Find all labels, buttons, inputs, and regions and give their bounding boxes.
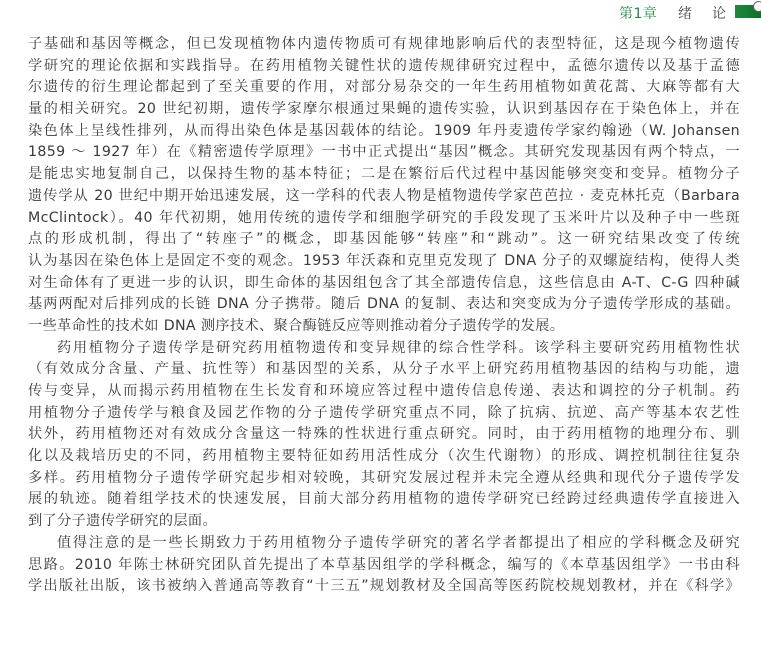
paragraph-line: 基两两配对后排列成的长链 DNA 分子携带。随后 DNA 的复制、表达和突变成为… <box>28 294 740 316</box>
paragraph-line: 展的轨迹。随着组学技术的快速发展，目前大部分药用植物的遗传学研究已经跨过经典遗传… <box>28 489 740 511</box>
paragraph-line: 尔遗传的衍生理论都起到了至关重要的作用，对部分易杂交的一年生药用植物如黄花蒿、大… <box>28 77 740 99</box>
page-header: 第1章 绪 论 <box>0 0 761 24</box>
paragraph-line: 化以及栽培历史的不同，药用植物主要特征如药用活性成分（次生代谢物）的形成、调控机… <box>28 446 740 468</box>
paragraph-line: 认为基因在染色体上是固定不变的观念。1953 年沃森和克里克发现了 DNA 分子… <box>28 251 740 273</box>
paragraph-line: 状外，药用植物还对有效成分含量这一特殊的性状进行重点研究。同时，由于药用植物的地… <box>28 424 740 446</box>
paragraph-line: 用植物分子遗传学与粮食及园艺作物的分子遗传学研究重点不同，除了抗病、抗逆、高产等… <box>28 403 740 425</box>
paragraph-line: 子基础和基因等概念，但已发现植物体内遗传物质可有规律地影响后代的表型特征，这是现… <box>28 34 740 56</box>
paragraph-line: 传与变异，从而揭示药用植物在生长发育和环境应答过程中遗传信息传递、表达和调控的分… <box>28 381 740 403</box>
paragraph-line: （有效成分含量、产量、抗性等）和基因型的关系，从分子水平上研究药用植物基因的结构… <box>28 359 740 381</box>
paragraph-line: 学研究的理论依据和实践指导。在药用植物关键性状的遗传规律研究过程中，孟德尔遗传以… <box>28 56 740 78</box>
paragraph-line: 遗传学从 20 世纪中期开始迅速发展，这一学科的代表人物是植物遗传学家芭芭拉 ·… <box>28 186 740 208</box>
paragraph-line: McClintock）。40 年代初期，她用传统的遗传学和细胞学研究的手段发现了… <box>28 208 740 230</box>
paragraph-line: 量的相关研究。20 世纪初期，遗传学家摩尔根通过果蝇的遗传实验，认识到基因存在于… <box>28 99 740 121</box>
paragraph-line: 染色体上呈线性排列，从而得出染色体是基因载体的结论。1909 年丹麦遗传学家约翰… <box>28 121 740 143</box>
chapter-number: 第1章 <box>619 3 657 23</box>
paragraph-line: 一些革命性的技术如 DNA 测序技术、聚合酶链反应等则推动着分子遗传学的发展。 <box>28 316 740 338</box>
paragraph-line: 值得注意的是一些长期致力于药用植物分子遗传学研究的著名学者都提出了相应的学科概念… <box>28 533 740 555</box>
document-body: 子基础和基因等概念，但已发现植物体内遗传物质可有规律地影响后代的表型特征，这是现… <box>28 34 740 598</box>
refresh-icon[interactable] <box>753 1 761 12</box>
paragraph-line: 是能忠实地复制自己，以保持生物的基本特征；二是在繁衍后代过程中基因能够突变和变异… <box>28 164 740 186</box>
chapter-accent-bar <box>735 5 761 18</box>
paragraph-line: 多样。药用植物分子遗传学研究起步相对较晚，其研究发展过程并未完全遵从经典和现代分… <box>28 468 740 490</box>
paragraph-line: 到了分子遗传学研究的层面。 <box>28 511 740 533</box>
paragraph-line: 药用植物分子遗传学是研究药用植物遗传和变异规律的综合性学科。该学科主要研究药用植… <box>28 338 740 360</box>
paragraph-line: 思路。2010 年陈士林研究团队首先提出了本草基因组学的学科概念，编写的《本草基… <box>28 555 740 577</box>
paragraph-line: 点的形成机制，得出了“转座子”的概念，即基因能够“转座”和“跳动”。这一研究结果… <box>28 229 740 251</box>
chapter-title-part1: 绪 <box>678 3 692 23</box>
paragraph-line: 学出版社出版，该书被纳入普通高等教育“十三五”规划教材及全国高等医药院校规划教材… <box>28 576 740 598</box>
chapter-title-part2: 论 <box>712 3 726 23</box>
paragraph-line: 1859 ～ 1927 年）在《精密遗传学原理》一书中正式提出“基因”概念。其研… <box>28 142 740 164</box>
paragraph-line: 对生命体有了更进一步的认识，即生命体的基因组包含了其全部遗传信息，这些信息由 A… <box>28 273 740 295</box>
